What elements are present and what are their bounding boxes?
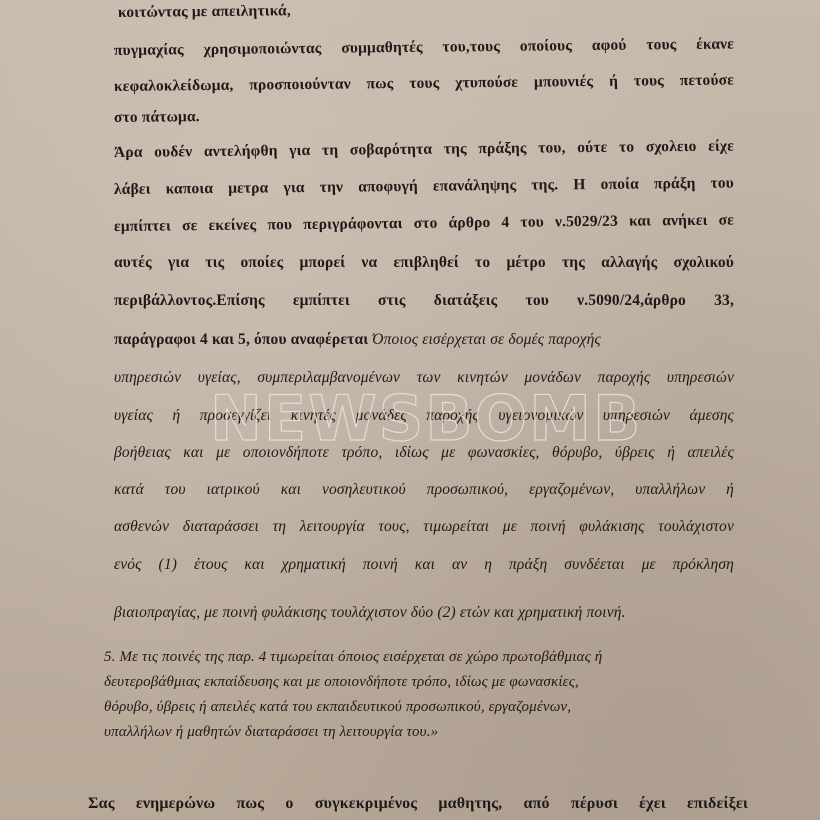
text-line: κεφαλοκλείδωμα, προσποιούνταν πως τους χ… (114, 72, 734, 96)
text-italic-part: Όποιος εισέρχεται σε δομές παροχής (372, 331, 601, 348)
quoted-law-line: υπηρεσιών υγείας, συμπεριλαμβανομένων τω… (114, 369, 734, 387)
text-line: περιβάλλοντος.Επίσης εμπίπτει στις διατά… (114, 292, 734, 310)
text-bold-part: παράγραφοι 4 και 5, όπου αναφέρεται (114, 331, 372, 348)
closing-paragraph-line: Σας ενημερώνω πως ο συγκεκριμένος μαθητη… (88, 795, 748, 813)
quoted-law-line: υγείας ή προσεγγίζει κινητές μονάδες παρ… (114, 407, 734, 425)
text-line: Άρα ουδέν αντελήφθη για τη σοβαρότητα τη… (114, 138, 734, 162)
text-line: πυγμαχίας χρησιμοποιώντας συμμαθητές του… (114, 36, 734, 60)
quoted-paragraph-line: 5. Με τις ποινές της παρ. 4 τιμωρείται ό… (104, 649, 602, 666)
quoted-law-line: βιαιοπραγίας, με ποινή φυλάκισης τουλάχι… (114, 604, 626, 622)
text-line-mixed: παράγραφοι 4 και 5, όπου αναφέρεται Όποι… (114, 331, 734, 349)
quoted-paragraph-line: θόρυβο, ύβρεις ή απειλές κατά του εκπαιδ… (104, 699, 571, 716)
document-page: κοιτώντας με απειλητικά, πυγμαχίας χρησι… (0, 0, 820, 820)
text-line: λάβει καποια μετρα για την αποφυγή επανά… (114, 175, 734, 199)
text-line: στο πάτωμα. (114, 108, 200, 127)
quoted-law-line: βοήθειας και με οποιονδήποτε τρόπο, ιδίω… (114, 444, 734, 462)
quoted-law-line: ασθενών διαταράσσει τη λειτουργία τους, … (114, 518, 734, 536)
text-line: αυτές για τις οποίες μπορεί να επιβληθεί… (114, 254, 734, 272)
quoted-law-line: ενός (1) έτους και χρηματική ποινή και α… (114, 556, 734, 574)
text-line: εμπίπτει σε εκείνες που περιγράφονται στ… (114, 212, 734, 236)
text-line: κοιτώντας με απειλητικά, (118, 2, 291, 22)
quoted-paragraph-line: δευτεροβάθμιας εκπαίδευσης και με οποιον… (104, 674, 579, 691)
quoted-paragraph-line: υπαλλήλων ή μαθητών διαταράσσει τη λειτο… (104, 724, 438, 741)
quoted-law-line: κατά του ιατρικού και νοσηλευτικού προσω… (114, 481, 734, 499)
